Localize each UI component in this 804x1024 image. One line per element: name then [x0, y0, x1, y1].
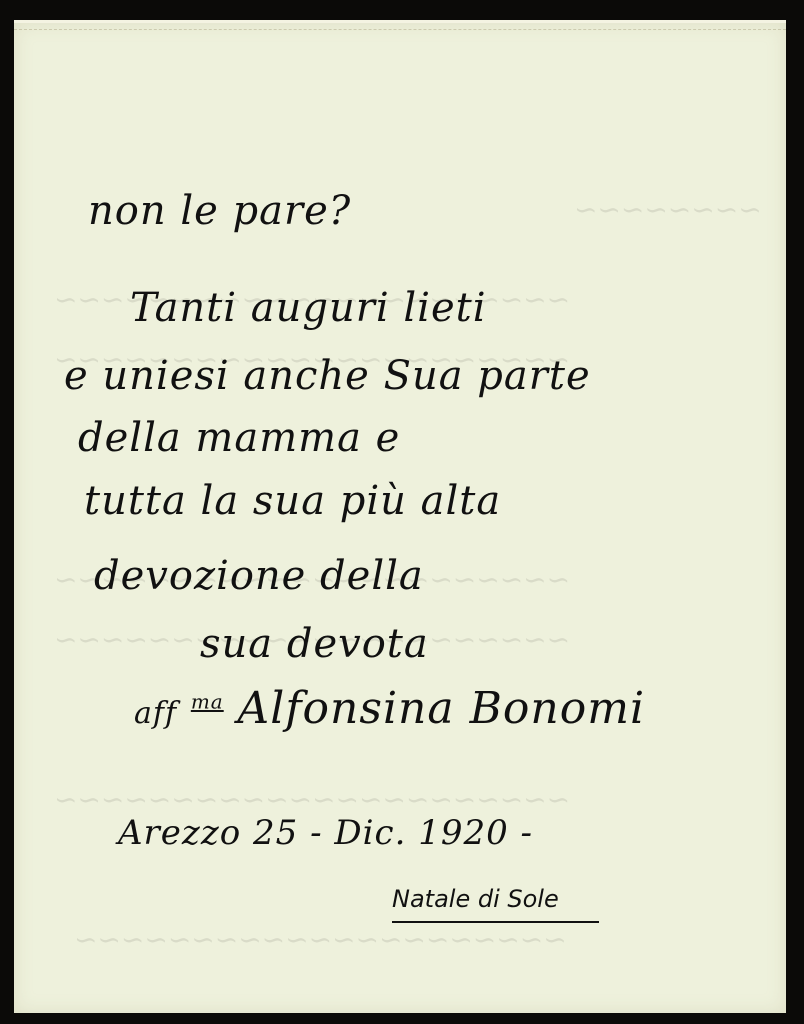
bleed-through-text: ~~~~~~~~~~~~~~~~~~~~~~: [54, 783, 570, 816]
bleed-through-text: ~~~~~~~~~~~~~~~~~~~~~: [74, 923, 567, 956]
page-edge: [14, 29, 786, 32]
closing-abbrev-superscript: ma: [191, 690, 224, 714]
annotation-name: Natale di Sole: [392, 885, 599, 923]
dateline: Arezzo 25 - Dic. 1920 -: [118, 813, 533, 853]
bleed-through-text: ~~~~~~~~: [574, 193, 762, 226]
letter-line-6: devozione della: [94, 553, 424, 599]
dateline-date: 25 - Dic. 1920 -: [253, 813, 533, 853]
dateline-place: Arezzo: [118, 813, 241, 853]
closing-abbrev: aff: [134, 696, 177, 731]
letter-page: ~~~~~~~~ ~~~~~~~~~~~~~~~~~~~~~~ ~~~~~~~~…: [14, 20, 786, 1013]
letter-line-2: Tanti auguri lieti: [130, 285, 487, 331]
letter-line-7: sua devota: [200, 621, 429, 667]
closing-signature: aff ma Alfonsina Bonomi: [134, 683, 645, 734]
letter-line-4: della mamma e: [78, 415, 400, 461]
signature: Alfonsina Bonomi: [237, 683, 645, 734]
letter-line-1: non le pare?: [88, 188, 351, 234]
letter-line-5: tutta la sua più alta: [84, 478, 501, 524]
letter-line-3: e uniesi anche Sua parte: [64, 353, 591, 399]
